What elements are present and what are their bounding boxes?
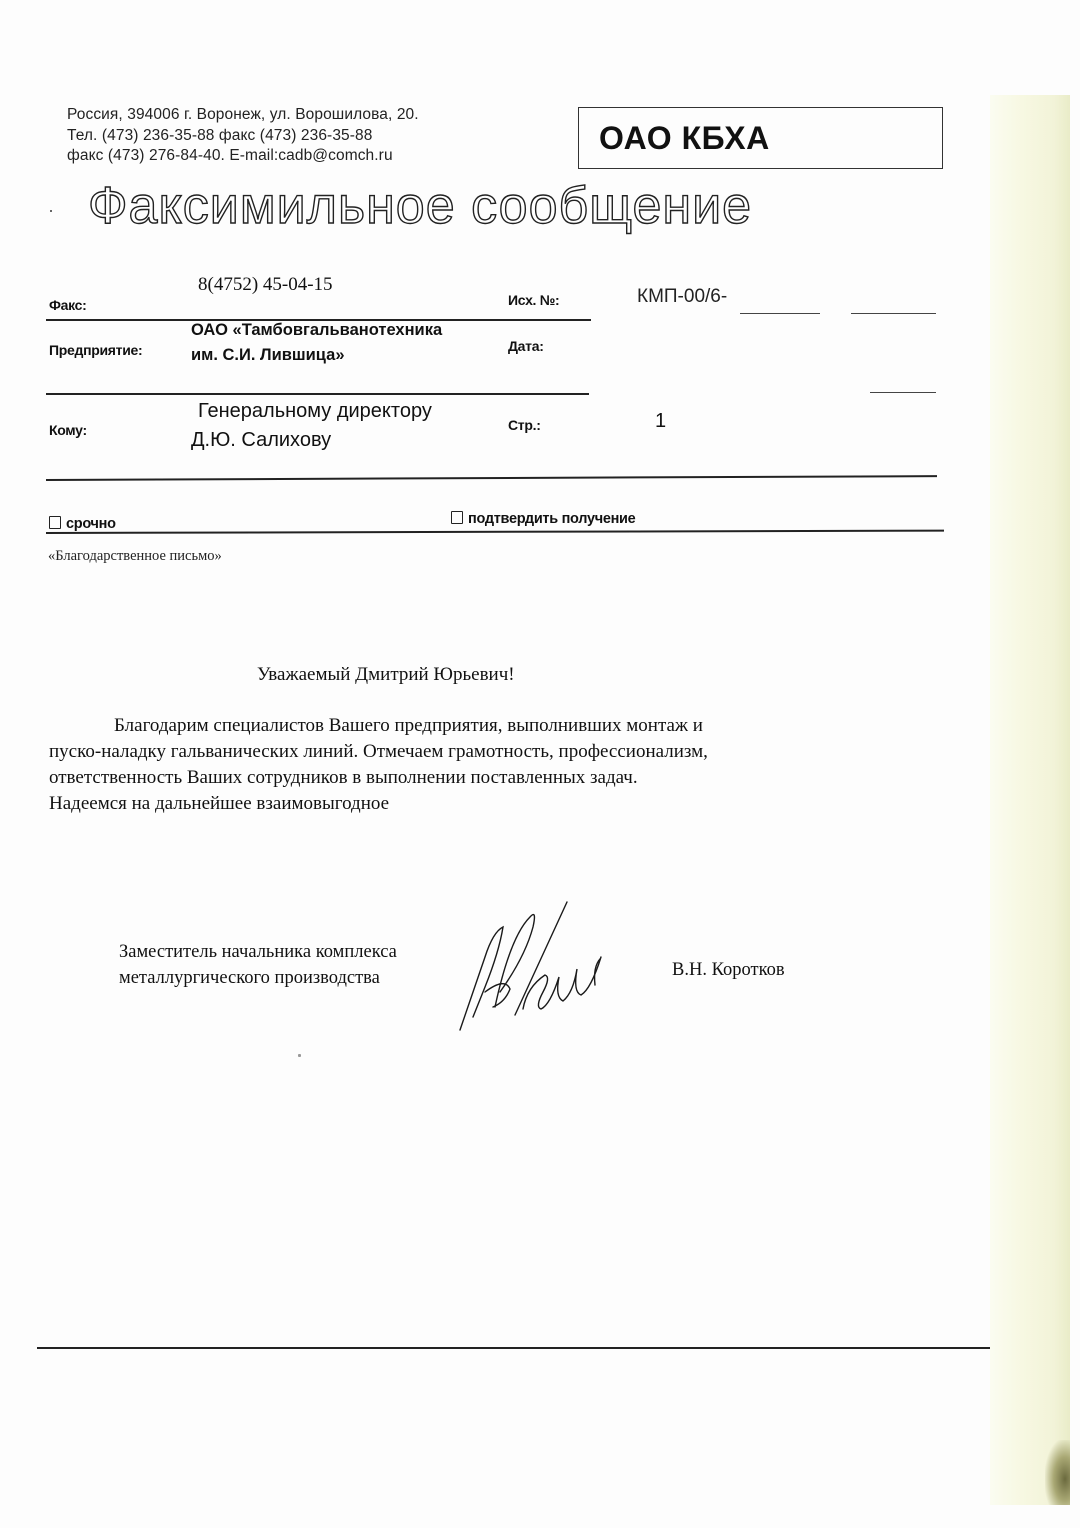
fax-page: Россия, 394006 г. Воронеж, ул. Ворошилов…: [0, 0, 1080, 1528]
divider: [870, 392, 936, 393]
body-line: Надеемся на дальнейшее взаимовыгодное: [49, 791, 829, 817]
enterprise-value: ОАО «Тамбовгальванотехника им. С.И. Ливш…: [191, 318, 442, 368]
divider: [740, 313, 820, 314]
divider: [46, 393, 589, 395]
divider: [46, 475, 937, 480]
letter-body: Благодарим специалистов Вашего предприят…: [49, 713, 829, 817]
divider: [46, 530, 944, 534]
checkbox-icon[interactable]: [49, 516, 61, 529]
page-value: 1: [655, 410, 666, 433]
body-line: Благодарим специалистов Вашего предприят…: [49, 713, 829, 739]
body-line: пуско-наладку гальванических линий. Отме…: [49, 739, 829, 765]
enterprise-label: Предприятие:: [49, 342, 142, 358]
urgent-checkbox[interactable]: срочно: [49, 516, 116, 532]
position-line: Заместитель начальника комплекса: [119, 939, 397, 965]
handwritten-signature: [455, 897, 615, 1037]
to-value: Генеральному директору Д.Ю. Салихову: [191, 397, 432, 455]
divider: [851, 313, 936, 314]
signer-name: В.Н. Коротков: [672, 960, 785, 981]
body-line: ответственность Ваших сотрудников в выпо…: [49, 765, 829, 791]
to-line: Д.Ю. Салихову: [191, 426, 432, 455]
document-title: Факсимильное сообщение: [88, 176, 752, 236]
fax-label: Факс:: [49, 297, 87, 313]
company-logo-box: ОАО КБХА: [578, 107, 943, 169]
page-label: Стр.:: [508, 417, 541, 433]
scan-speck: [298, 1054, 301, 1057]
date-label: Дата:: [508, 338, 544, 354]
scan-speck: [50, 210, 52, 212]
footer-divider: [37, 1347, 990, 1349]
scan-edge-stain: [1045, 1440, 1070, 1505]
letter-subject: «Благодарственное письмо»: [48, 548, 222, 565]
outgoing-number-label: Исх. №:: [508, 292, 559, 308]
fax-email-line: факс (473) 276-84-40. E-mail:cadb@comch.…: [67, 146, 419, 167]
checkbox-icon[interactable]: [451, 511, 463, 524]
enterprise-line: ОАО «Тамбовгальванотехника: [191, 318, 442, 343]
salutation: Уважаемый Дмитрий Юрьевич!: [257, 664, 515, 686]
confirm-receipt-label: подтвердить получение: [468, 511, 635, 527]
urgent-label: срочно: [66, 516, 116, 532]
signer-position: Заместитель начальника комплекса металлу…: [119, 939, 397, 991]
scan-edge-shadow: [990, 95, 1070, 1505]
to-label: Кому:: [49, 422, 87, 438]
letterhead-address: Россия, 394006 г. Воронеж, ул. Ворошилов…: [67, 105, 419, 167]
address-line: Россия, 394006 г. Воронеж, ул. Ворошилов…: [67, 105, 419, 126]
phone-line: Тел. (473) 236-35-88 факс (473) 236-35-8…: [67, 126, 419, 147]
company-name: ОАО КБХА: [599, 120, 770, 157]
to-line: Генеральному директору: [191, 397, 432, 426]
outgoing-number-value: КМП-00/6-: [637, 286, 727, 308]
fax-value: 8(4752) 45-04-15: [198, 274, 333, 296]
confirm-receipt-checkbox[interactable]: подтвердить получение: [451, 511, 635, 527]
position-line: металлургического производства: [119, 965, 397, 991]
enterprise-line: им. С.И. Лившица»: [191, 343, 442, 368]
